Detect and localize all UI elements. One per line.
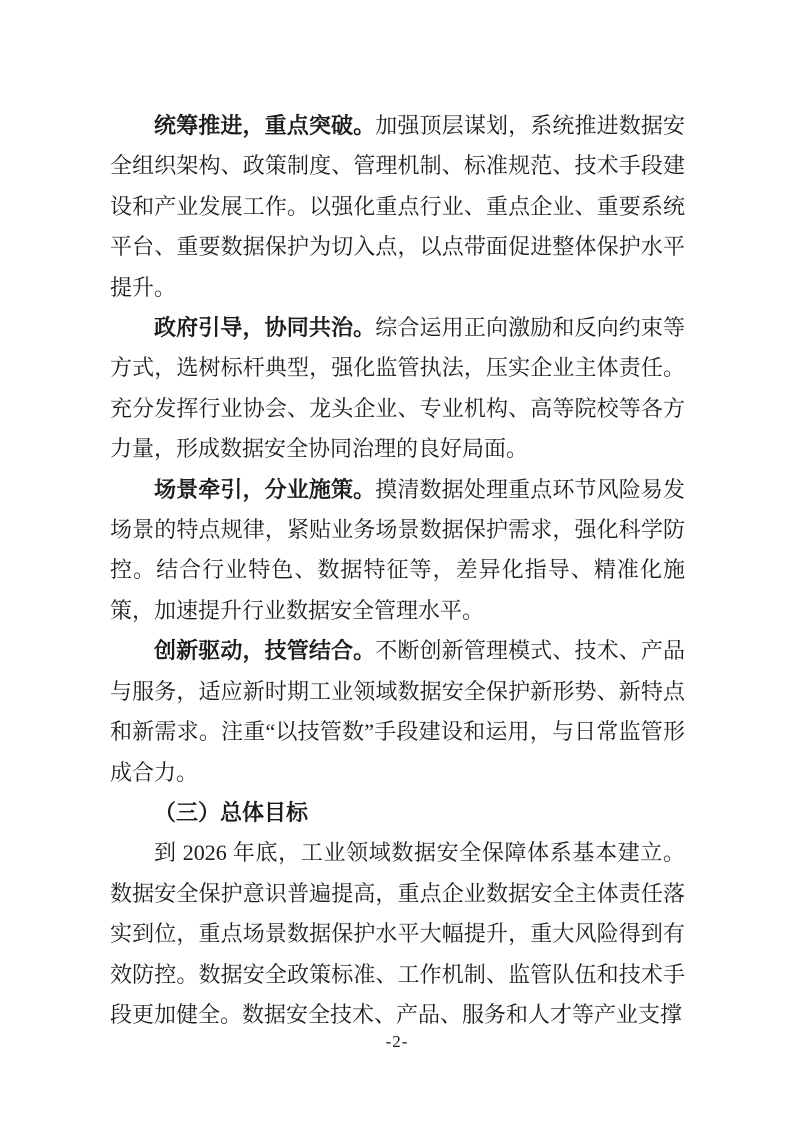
paragraph-lead: 创新驱动，技管结合。 (154, 638, 375, 663)
section-heading: （三）总体目标 (110, 793, 685, 833)
paragraph-lead: 场景牵引，分业施策。 (154, 477, 375, 502)
paragraph-principle-scenario: 场景牵引，分业施策。摸清数据处理重点环节风险易发场景的特点规律，紧贴业务场景数据… (110, 470, 685, 632)
page-number: -2- (0, 1032, 794, 1052)
paragraph-text: 到 2026 年底，工业领域数据安全保障体系基本建立。数据安全保护意识普遍提高，… (110, 840, 685, 1027)
document-page: 统筹推进，重点突破。加强顶层谋划，系统推进数据安全组织架构、政策制度、管理机制、… (0, 0, 794, 1123)
paragraph-lead: 统筹推进，重点突破。 (154, 113, 375, 138)
paragraph-text: 加强顶层谋划，系统推进数据安全组织架构、政策制度、管理机制、标准规范、技术手段建… (110, 113, 685, 300)
document-body: 统筹推进，重点突破。加强顶层谋划，系统推进数据安全组织架构、政策制度、管理机制、… (110, 106, 685, 1035)
paragraph-principle-government: 政府引导，协同共治。综合运用正向激励和反向约束等方式，选树标杆典型，强化监管执法… (110, 308, 685, 470)
paragraph-principle-overall: 统筹推进，重点突破。加强顶层谋划，系统推进数据安全组织架构、政策制度、管理机制、… (110, 106, 685, 308)
paragraph-principle-innovation: 创新驱动，技管结合。不断创新管理模式、技术、产品与服务，适应新时期工业领域数据安… (110, 631, 685, 793)
paragraph-overall-goal: 到 2026 年底，工业领域数据安全保障体系基本建立。数据安全保护意识普遍提高，… (110, 833, 685, 1035)
paragraph-lead: 政府引导，协同共治。 (154, 315, 375, 340)
